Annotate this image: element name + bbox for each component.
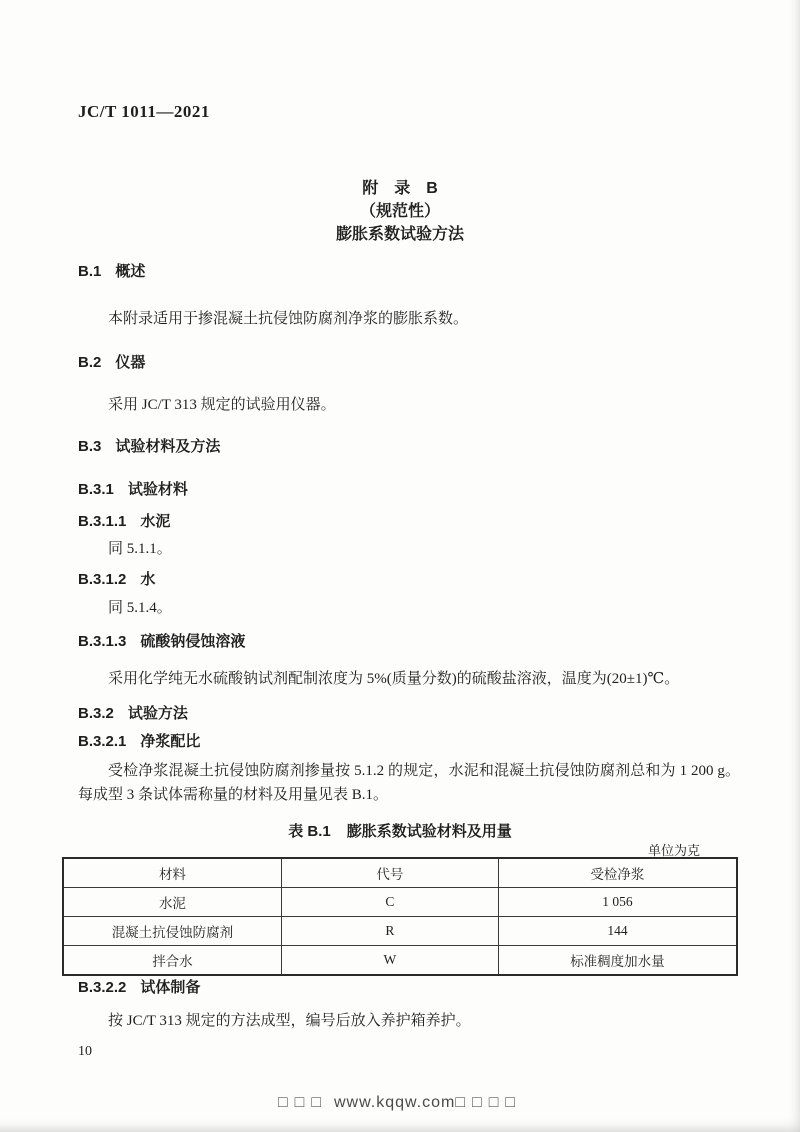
table-row: 混凝土抗侵蚀防腐剂 R 144 bbox=[63, 917, 737, 946]
table-row: 水泥 C 1 056 bbox=[63, 888, 737, 917]
table-cell-material: 混凝土抗侵蚀防腐剂 bbox=[63, 917, 281, 946]
table-cell-material: 拌合水 bbox=[63, 946, 281, 976]
table-cell-symbol: C bbox=[281, 888, 498, 917]
section-heading-b3: B.3试验材料及方法 bbox=[78, 437, 220, 457]
watermark-right-boxes: □□□□ bbox=[455, 1094, 522, 1111]
watermark: □□□www.kqqw.com□□□□ bbox=[0, 1094, 800, 1112]
table-cell-symbol: R bbox=[281, 917, 498, 946]
section-number: B.3.2.2 bbox=[78, 979, 126, 996]
section-title: 试验材料及方法 bbox=[115, 438, 220, 455]
column-header-symbol: 代号 bbox=[281, 858, 498, 888]
section-number: B.3.2.1 bbox=[78, 733, 126, 750]
paragraph-b3-1-3: 采用化学纯无水硫酸钠试剂配制浓度为 5%(质量分数)的硫酸盐溶液，温度为(20±… bbox=[78, 668, 740, 692]
section-title: 试验方法 bbox=[128, 705, 188, 722]
watermark-url: www.kqqw.com bbox=[334, 1094, 455, 1111]
table-b1: 材料 代号 受检净浆 水泥 C 1 056 混凝土抗侵蚀防腐剂 R 144 拌合… bbox=[62, 857, 738, 976]
section-number: B.3.1.3 bbox=[78, 633, 126, 650]
section-heading-b1: B.1概述 bbox=[78, 262, 145, 282]
table-row: 拌合水 W 标准稠度加水量 bbox=[63, 946, 737, 976]
watermark-left-boxes: □□□ bbox=[278, 1094, 328, 1111]
section-heading-b3-1: B.3.1试验材料 bbox=[78, 480, 188, 500]
section-title: 概述 bbox=[115, 263, 145, 280]
section-number: B.3 bbox=[78, 438, 101, 455]
section-heading-b3-2-1: B.3.2.1净浆配比 bbox=[78, 732, 200, 752]
section-number: B.3.1.1 bbox=[78, 513, 126, 530]
section-heading-b3-2-2: B.3.2.2试体制备 bbox=[78, 978, 200, 998]
paragraph-b3-2-2: 按 JC/T 313 规定的方法成型，编号后放入养护箱养护。 bbox=[78, 1010, 740, 1034]
section-title: 净浆配比 bbox=[140, 733, 200, 750]
standard-number: JC/T 1011—2021 bbox=[78, 102, 210, 122]
section-title: 水 bbox=[140, 571, 155, 588]
document-page: JC/T 1011—2021 附 录 B （规范性） 膨胀系数试验方法 B.1概… bbox=[0, 0, 800, 1132]
section-heading-b3-2: B.3.2试验方法 bbox=[78, 704, 188, 724]
section-title: 仪器 bbox=[115, 354, 145, 371]
table-caption-label: 表 B.1 bbox=[288, 823, 331, 840]
paragraph-b3-2-1: 受检净浆混凝土抗侵蚀防腐剂掺量按 5.1.2 的规定，水泥和混凝土抗侵蚀防腐剂总… bbox=[78, 760, 740, 807]
section-title: 水泥 bbox=[140, 513, 170, 530]
paragraph-b2: 采用 JC/T 313 规定的试验用仪器。 bbox=[78, 394, 740, 418]
section-number: B.2 bbox=[78, 354, 101, 371]
page-number: 10 bbox=[78, 1044, 92, 1060]
table-caption: 表 B.1膨胀系数试验材料及用量 bbox=[0, 820, 800, 841]
paragraph-b3-1-2: 同 5.1.4。 bbox=[78, 597, 740, 621]
table-cell-amount: 标准稠度加水量 bbox=[498, 946, 737, 976]
section-title: 试体制备 bbox=[140, 979, 200, 996]
table-header-row: 材料 代号 受检净浆 bbox=[63, 858, 737, 888]
table-caption-title: 膨胀系数试验材料及用量 bbox=[347, 823, 512, 840]
section-title: 硫酸钠侵蚀溶液 bbox=[140, 633, 245, 650]
appendix-normative: （规范性） bbox=[0, 200, 800, 223]
paragraph-b1: 本附录适用于掺混凝土抗侵蚀防腐剂净浆的膨胀系数。 bbox=[78, 308, 740, 332]
appendix-title: 膨胀系数试验方法 bbox=[0, 223, 800, 246]
table-cell-symbol: W bbox=[281, 946, 498, 976]
section-heading-b2: B.2仪器 bbox=[78, 353, 145, 373]
appendix-title-block: 附 录 B （规范性） 膨胀系数试验方法 bbox=[0, 177, 800, 246]
table-cell-amount: 144 bbox=[498, 917, 737, 946]
section-title: 试验材料 bbox=[128, 481, 188, 498]
column-header-material: 材料 bbox=[63, 858, 281, 888]
appendix-label: 附 录 B bbox=[0, 177, 800, 200]
section-number: B.1 bbox=[78, 263, 101, 280]
table-cell-material: 水泥 bbox=[63, 888, 281, 917]
table-cell-amount: 1 056 bbox=[498, 888, 737, 917]
section-number: B.3.2 bbox=[78, 705, 114, 722]
section-heading-b3-1-1: B.3.1.1水泥 bbox=[78, 512, 170, 532]
paragraph-b3-1-1: 同 5.1.1。 bbox=[78, 538, 740, 562]
column-header-sample: 受检净浆 bbox=[498, 858, 737, 888]
section-heading-b3-1-3: B.3.1.3硫酸钠侵蚀溶液 bbox=[78, 632, 245, 652]
section-heading-b3-1-2: B.3.1.2水 bbox=[78, 570, 155, 590]
section-number: B.3.1 bbox=[78, 481, 114, 498]
section-number: B.3.1.2 bbox=[78, 571, 126, 588]
